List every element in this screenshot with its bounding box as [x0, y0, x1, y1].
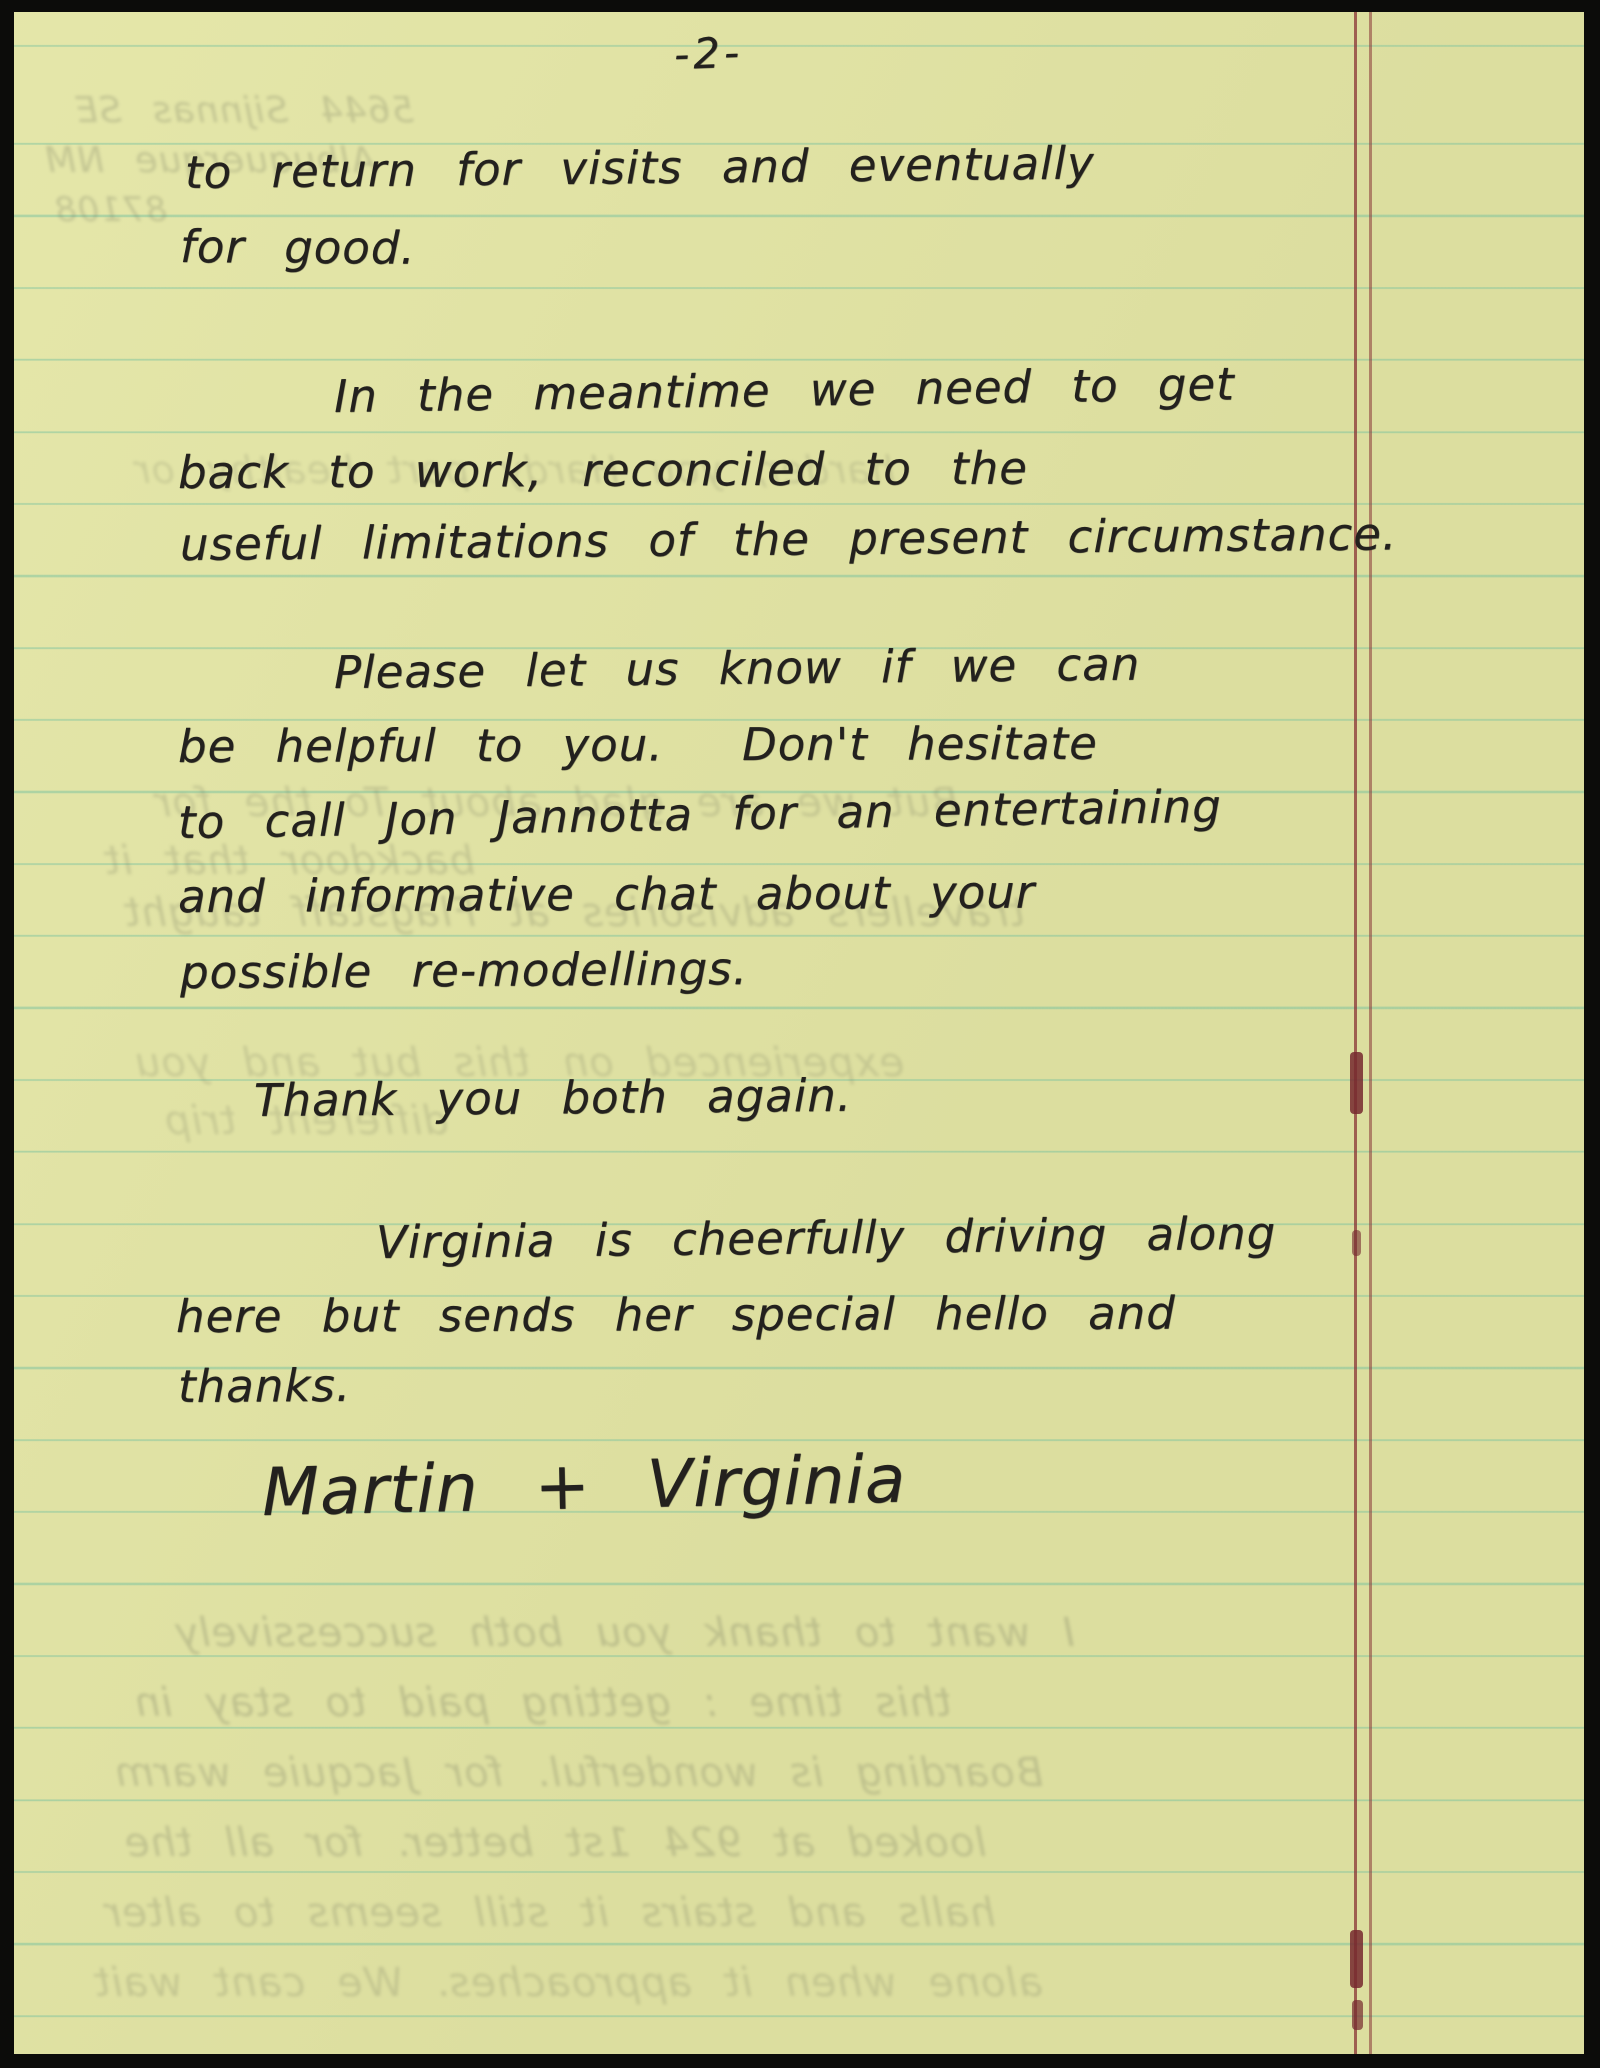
handwriting-line: to return for visits and eventually — [185, 136, 1095, 199]
handwriting-line: possible re-modellings. — [180, 942, 748, 999]
ink-blot — [1350, 1052, 1363, 1114]
bleedthrough-line: Boarding is wonderful. for Jacquie warm — [114, 1750, 1043, 1796]
handwriting-line: be helpful to you. Don't hesitate — [178, 717, 1098, 773]
bleedthrough-line: I want to thank you both successively — [174, 1610, 1075, 1656]
handwriting-line: In the meantime we need to get — [334, 357, 1235, 423]
bleedthrough-line: looked at 924 1st better. for all the — [124, 1820, 987, 1866]
bleedthrough-line: this time : getting paid to stay in — [134, 1680, 952, 1726]
ink-blot — [1352, 2000, 1363, 2030]
ink-blot — [1352, 1230, 1361, 1256]
handwriting-line: thanks. — [178, 1359, 351, 1413]
signature: Martin + Virginia — [261, 1441, 907, 1531]
bleedthrough-line: halls and stairs it still seems to alter — [104, 1890, 996, 1936]
margin-line — [1354, 12, 1376, 2054]
ruled-lines — [14, 12, 1584, 2054]
handwriting-line: to call Jon Jannotta for an entertaining — [178, 780, 1222, 849]
handwriting-line: Thank you both again. — [254, 1069, 853, 1127]
legal-pad-sheet: 5644 Sijnnas SE Albuquerque NM 87108 har… — [14, 12, 1584, 2054]
bleedthrough-line: 5644 Sijnnas SE — [74, 90, 414, 131]
handwriting-line: Virginia is cheerfully driving along — [376, 1207, 1277, 1269]
page-number: -2- — [673, 28, 744, 79]
handwriting-line: for good. — [180, 220, 416, 275]
handwriting-line: back to work, reconciled to the — [178, 442, 1028, 499]
handwriting-line: here but sends her special hello and — [176, 1287, 1176, 1343]
scanned-letter-page: 5644 Sijnnas SE Albuquerque NM 87108 har… — [0, 0, 1600, 2068]
bleedthrough-line: 87108 — [54, 190, 167, 230]
handwriting-line: Please let us know if we can — [334, 638, 1141, 699]
handwriting-line: useful limitations of the present circum… — [180, 507, 1398, 571]
bleedthrough-line: alone when it approaches. We cant wait — [94, 1960, 1043, 2006]
handwriting-line: and informative chat about your — [178, 866, 1035, 923]
ink-blot — [1350, 1930, 1363, 1988]
